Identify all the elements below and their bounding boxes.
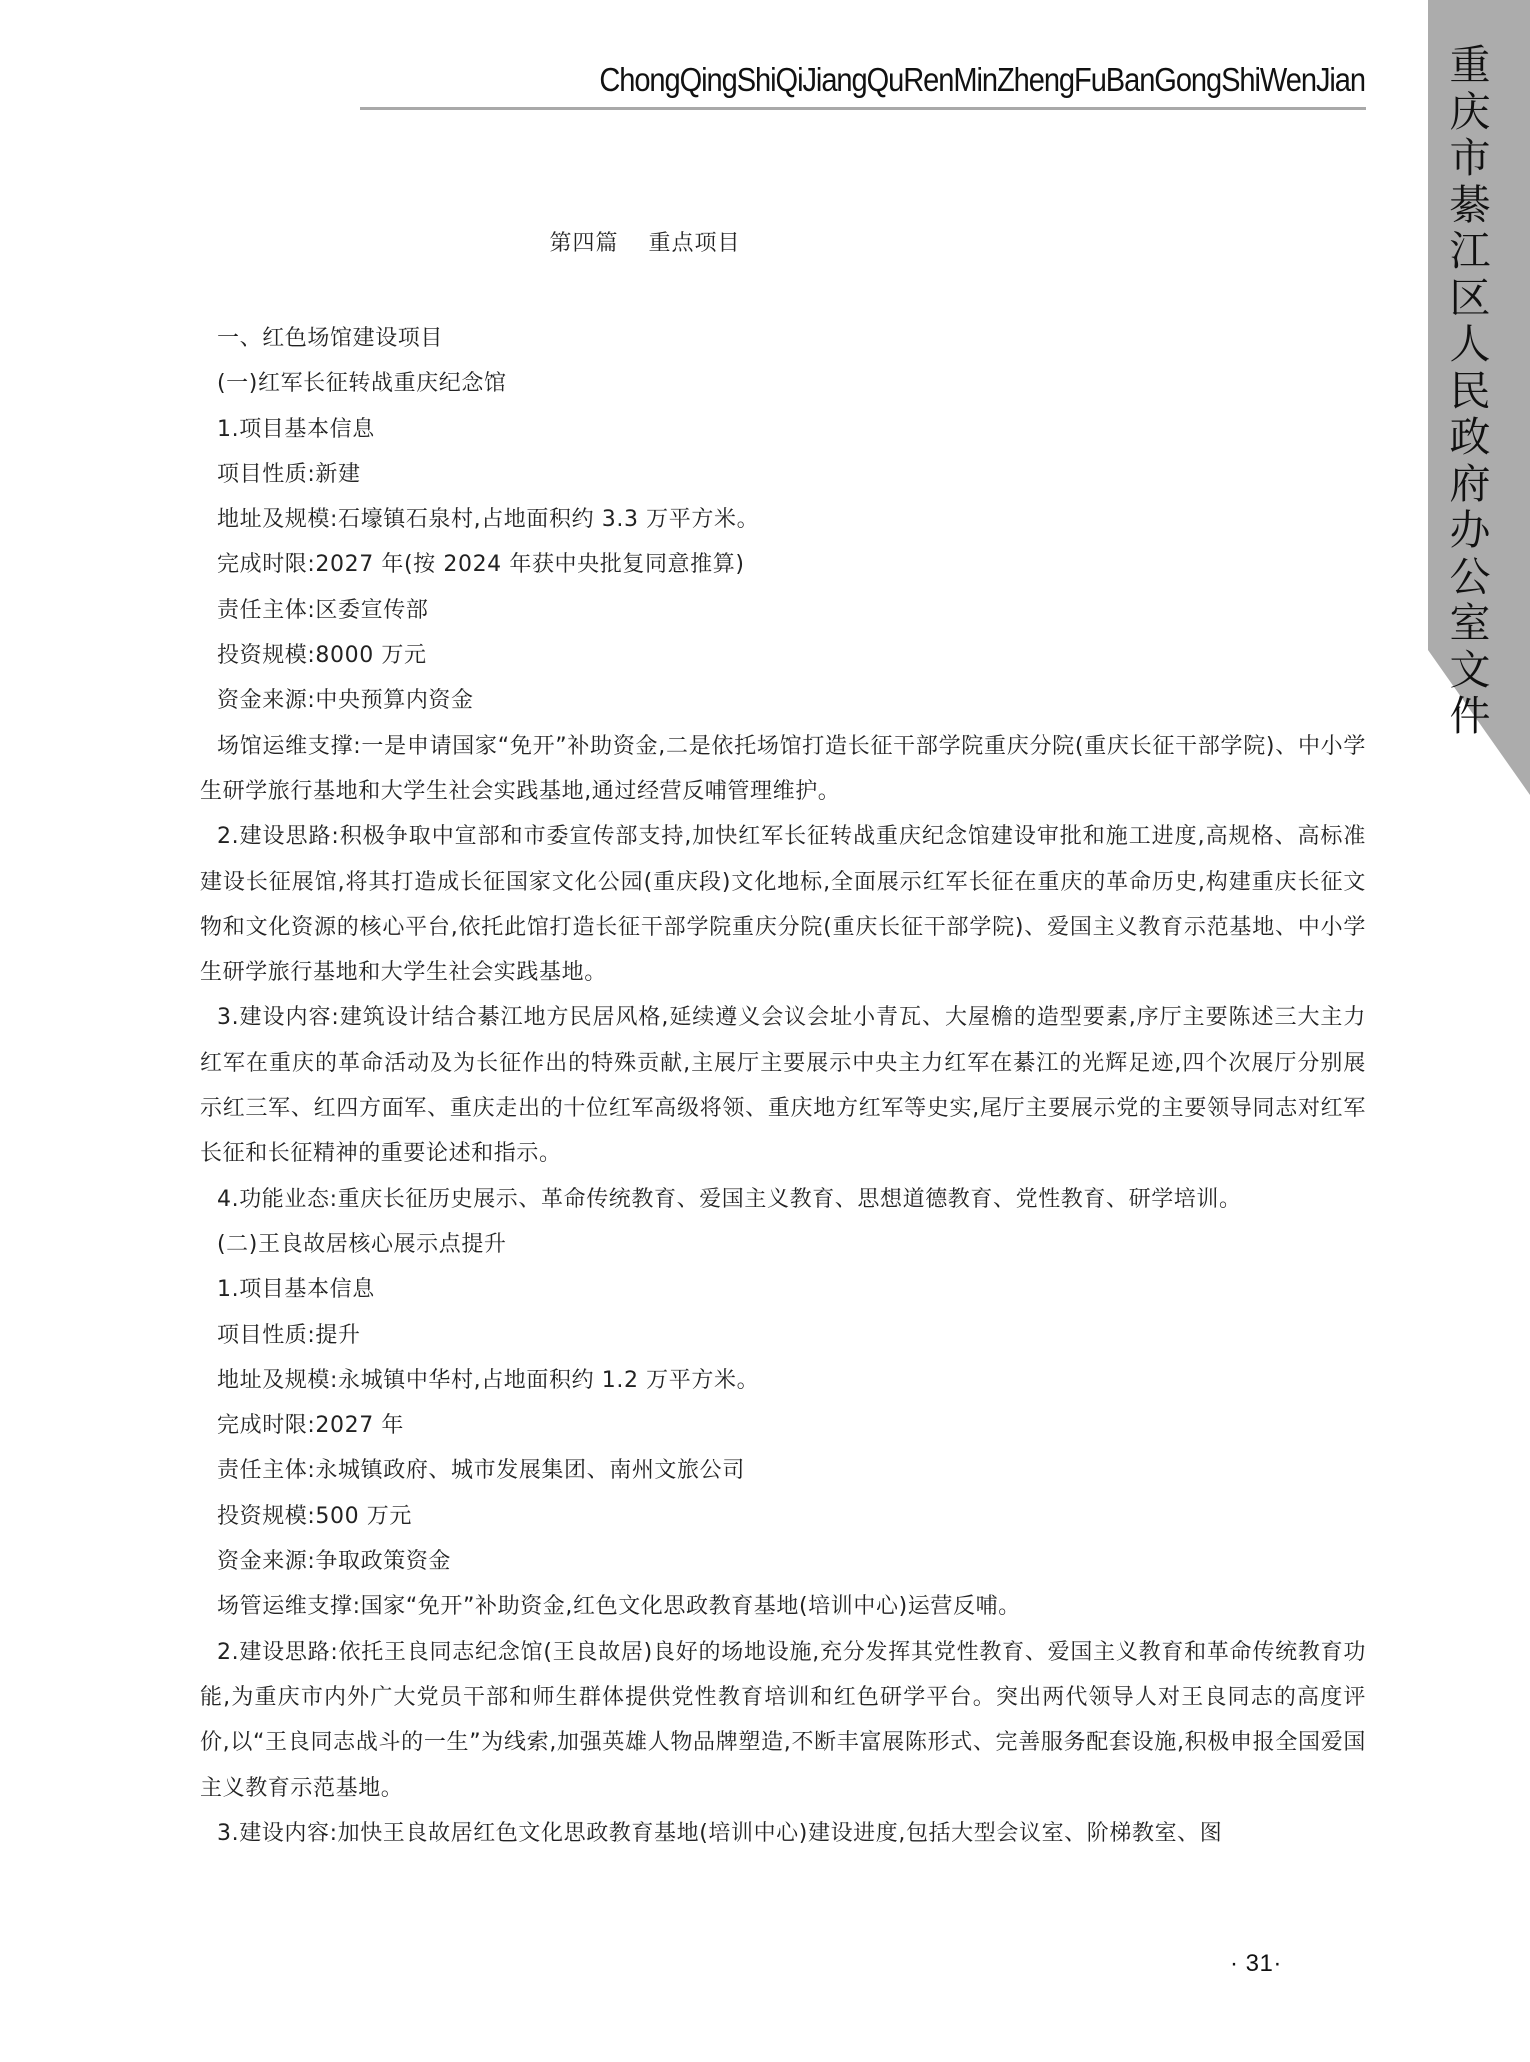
construction-content: 3.建设内容:建筑设计结合綦江地方民居风格,延续遵义会议会址小青瓦、大屋檐的造型… — [200, 995, 1366, 1176]
construction-idea: 2.建设思路:积极争取中宣部和市委宣传部支持,加快红军长征转战重庆纪念馆建设审批… — [200, 814, 1366, 995]
project-operation: 场馆运维支撑:一是申请国家“免开”补助资金,二是依托场馆打造长征干部学院重庆分院… — [200, 724, 1366, 815]
project-deadline: 完成时限:2027 年(按 2024 年获中央批复同意推算) — [200, 542, 1366, 587]
side-tab-title: 重 庆 市 綦 江 区 人 民 政 府 办 公 室 文 件 — [1440, 42, 1500, 740]
project-funding: 资金来源:争取政策资金 — [200, 1539, 1366, 1584]
project-location: 地址及规模:永城镇中华村,占地面积约 1.2 万平方米。 — [200, 1358, 1366, 1403]
project-responsible: 责任主体:永城镇政府、城市发展集团、南州文旅公司 — [200, 1448, 1366, 1493]
project-funding: 资金来源:中央预算内资金 — [200, 678, 1366, 723]
section-heading: 一、红色场馆建设项目 — [200, 316, 1366, 361]
chapter-title: 第四篇重点项目 — [0, 226, 1410, 257]
basic-info-heading: 1.项目基本信息 — [200, 407, 1366, 452]
running-header: ChongQingShiQiJiangQuRenMinZhengFuBanGon… — [481, 60, 1365, 100]
project-operation: 场管运维支撑:国家“免开”补助资金,红色文化思政教育基地(培训中心)运营反哺。 — [200, 1584, 1366, 1629]
project-investment: 投资规模:500 万元 — [200, 1494, 1366, 1539]
chapter-name: 重点项目 — [649, 231, 741, 256]
page-number: · 31· — [1230, 1950, 1282, 1978]
document-body: 一、红色场馆建设项目 (一)红军长征转战重庆纪念馆 1.项目基本信息 项目性质:… — [200, 316, 1366, 1856]
basic-info-heading: 1.项目基本信息 — [200, 1267, 1366, 1312]
project-nature: 项目性质:新建 — [200, 452, 1366, 497]
project-location: 地址及规模:石壕镇石泉村,占地面积约 3.3 万平方米。 — [200, 497, 1366, 542]
subsection-heading: (二)王良故居核心展示点提升 — [200, 1222, 1366, 1267]
construction-content: 3.建设内容:加快王良故居红色文化思政教育基地(培训中心)建设进度,包括大型会议… — [200, 1811, 1366, 1856]
project-nature: 项目性质:提升 — [200, 1313, 1366, 1358]
chapter-part: 第四篇 — [549, 231, 618, 256]
construction-idea: 2.建设思路:依托王良同志纪念馆(王良故居)良好的场地设施,充分发挥其党性教育、… — [200, 1630, 1366, 1811]
project-investment: 投资规模:8000 万元 — [200, 633, 1366, 678]
header-rule — [360, 107, 1366, 110]
project-responsible: 责任主体:区委宣传部 — [200, 588, 1366, 633]
project-deadline: 完成时限:2027 年 — [200, 1403, 1366, 1448]
function-format: 4.功能业态:重庆长征历史展示、革命传统教育、爱国主义教育、思想道德教育、党性教… — [200, 1177, 1366, 1222]
subsection-heading: (一)红军长征转战重庆纪念馆 — [200, 361, 1366, 406]
